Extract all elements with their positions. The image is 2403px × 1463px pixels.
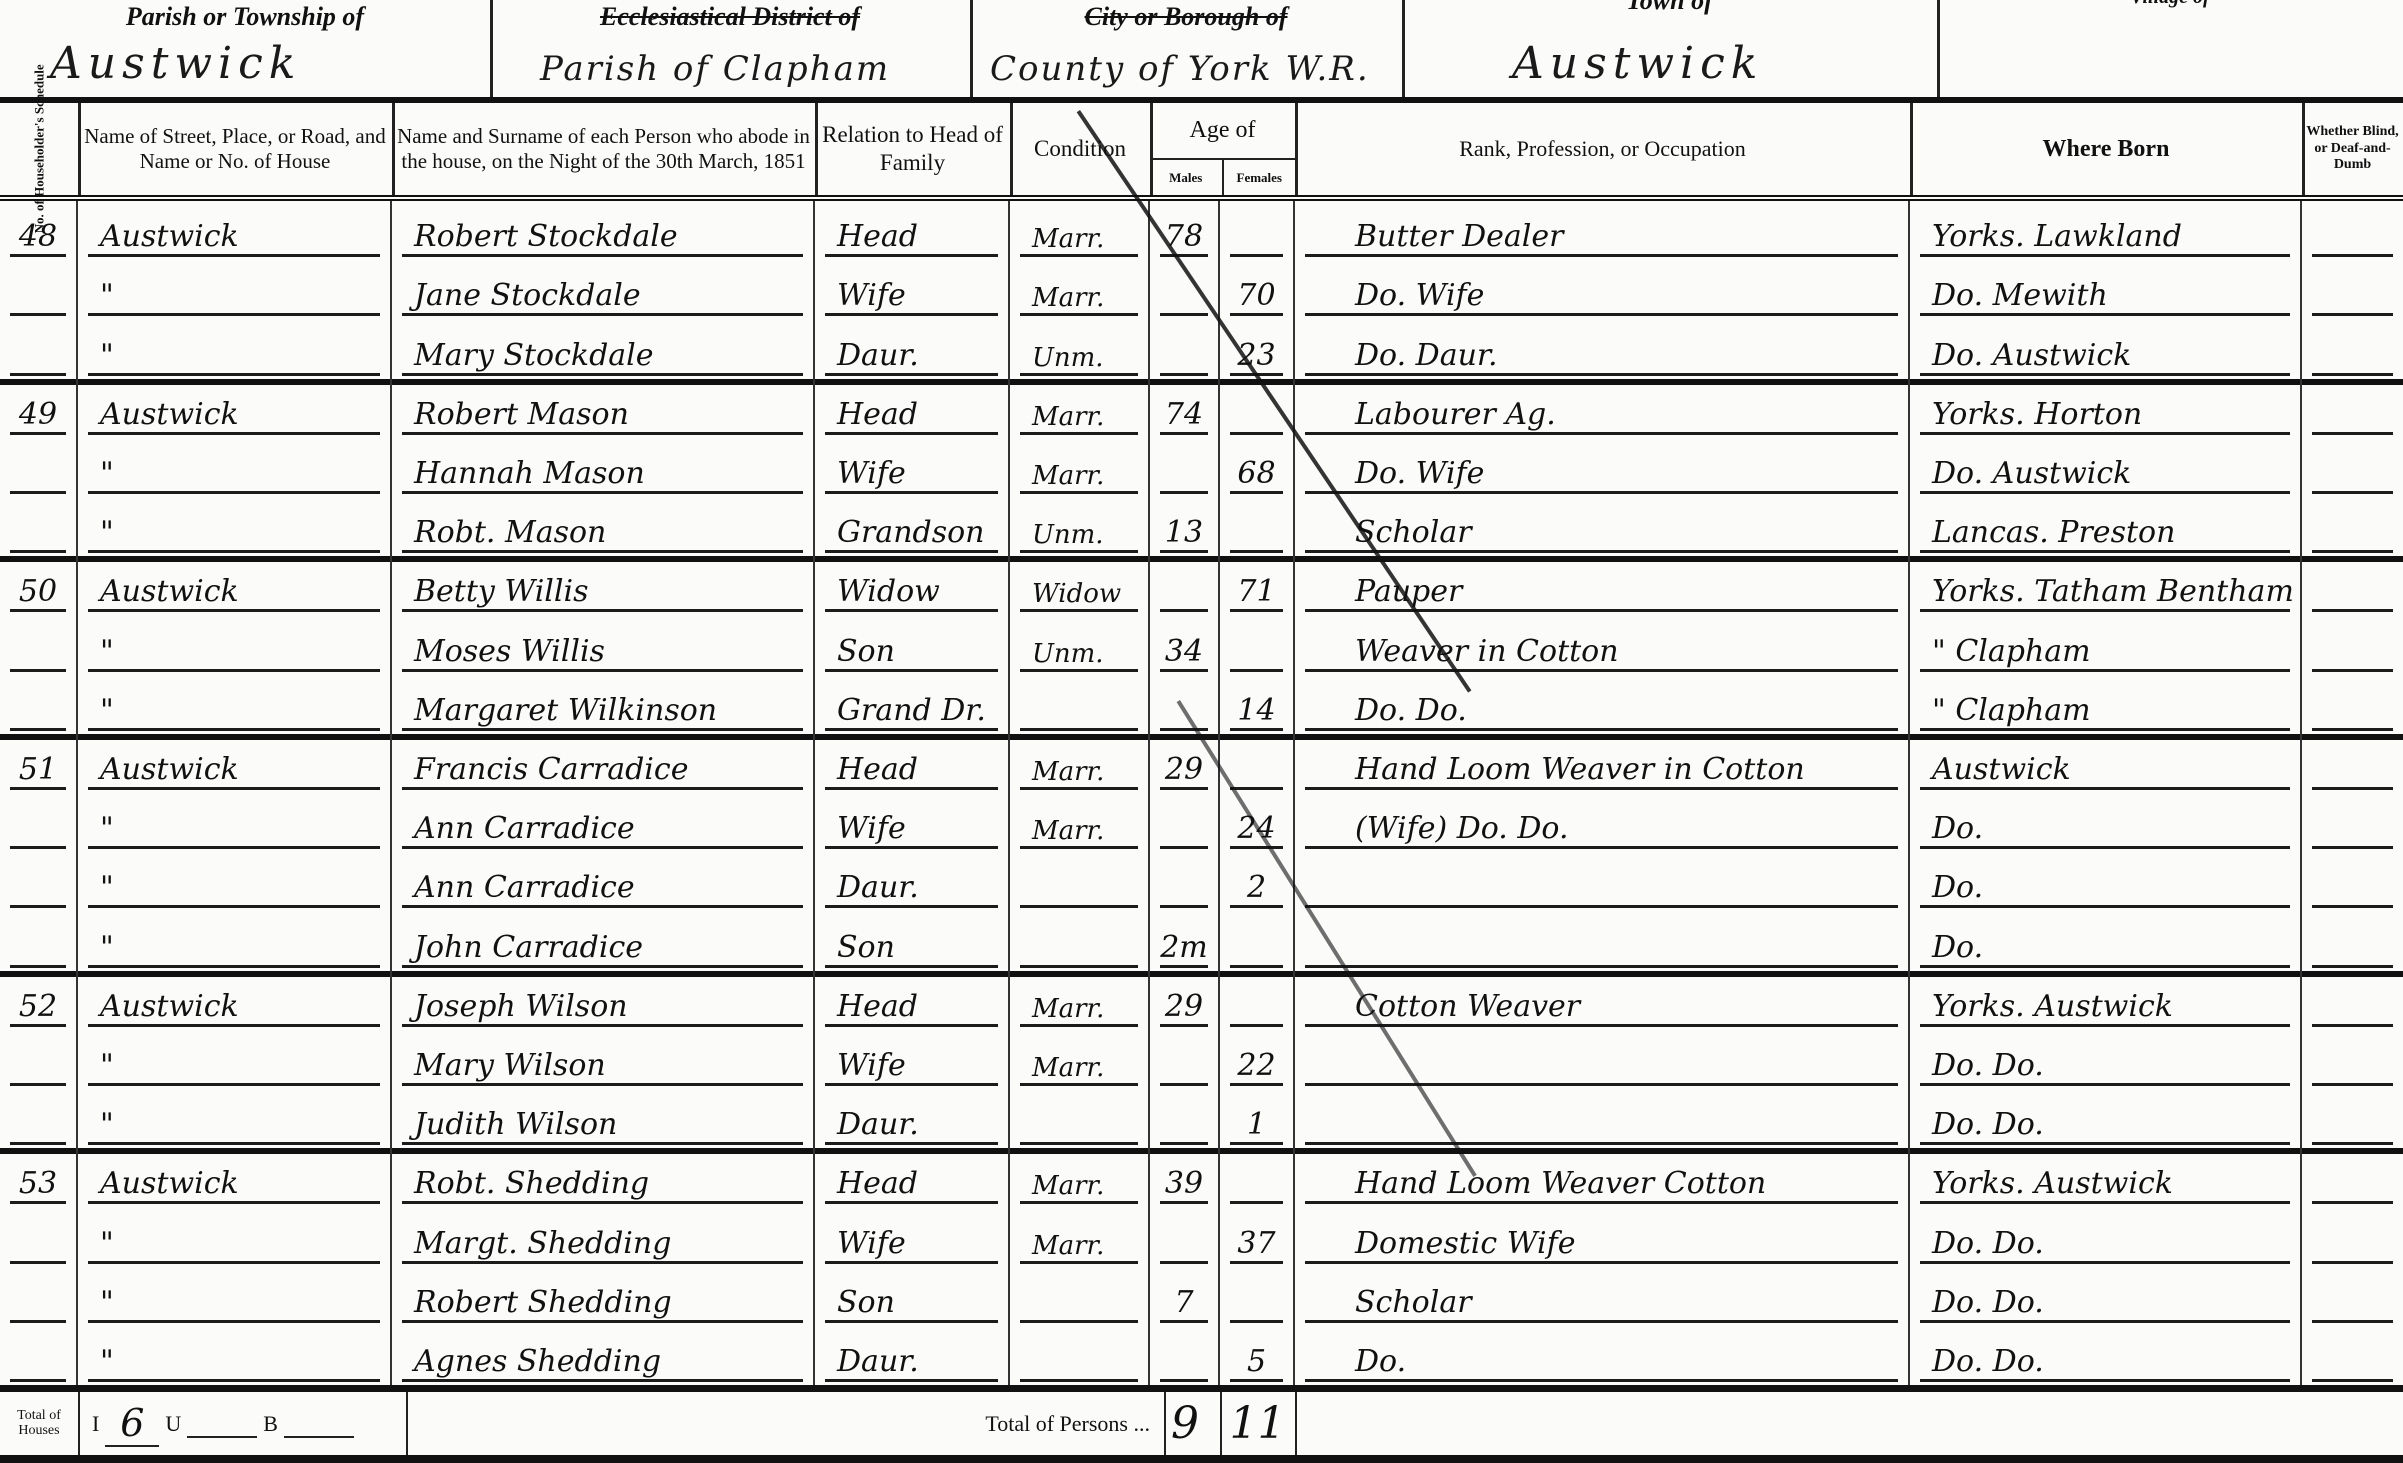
schedule-cell	[0, 1089, 78, 1148]
table-row: " Judith Wilson Daur. 1 Do. Do.	[0, 1089, 2403, 1154]
blind-cell	[2302, 1267, 2403, 1326]
total-females: 11	[1220, 1392, 1297, 1455]
blind-cell	[2302, 1148, 2403, 1207]
total-houses-label: Total of Houses	[0, 1392, 80, 1455]
parish-field: Parish or Township of Austwick	[0, 0, 493, 97]
male-age-cell	[1150, 319, 1220, 378]
where-born-cell: Yorks. Austwick	[1910, 1148, 2302, 1207]
female-age-cell: 68	[1220, 438, 1295, 497]
condition-cell: Marr.	[1010, 438, 1150, 497]
occupation-cell: Scholar	[1295, 497, 1910, 556]
occupation-cell: Butter Dealer	[1295, 201, 1910, 260]
relation-cell: Son	[815, 911, 1010, 970]
blind-cell	[2302, 379, 2403, 438]
person-name-cell: Robert Stockdale	[392, 201, 815, 260]
person-name-cell: Agnes Shedding	[392, 1326, 815, 1385]
female-age-cell	[1220, 201, 1295, 260]
blind-cell	[2302, 319, 2403, 378]
street-cell: Austwick	[78, 379, 392, 438]
table-row: " Agnes Shedding Daur. 5 Do. Do. Do.	[0, 1326, 2403, 1391]
male-age-cell	[1150, 1326, 1220, 1385]
male-age-cell	[1150, 852, 1220, 911]
street-cell: Austwick	[78, 1148, 392, 1207]
occupation-cell: Do. Do.	[1295, 675, 1910, 734]
female-age-cell: 22	[1220, 1030, 1295, 1089]
table-row: " Margt. Shedding Wife Marr. 37 Domestic…	[0, 1207, 2403, 1266]
relation-cell: Grandson	[815, 497, 1010, 556]
schedule-cell: 49	[0, 379, 78, 438]
col-where-born: Where Born	[1910, 103, 2305, 195]
street-cell: "	[78, 438, 392, 497]
col-relation: Relation to Head of Family	[815, 103, 1013, 195]
parish-label: Parish or Township of	[0, 2, 490, 32]
where-born-cell: Do.	[1910, 793, 2302, 852]
blind-cell	[2302, 497, 2403, 556]
blind-cell	[2302, 971, 2403, 1030]
occupation-cell: Domestic Wife	[1295, 1207, 1910, 1266]
male-age-cell	[1150, 1089, 1220, 1148]
inhabited-prefix: I	[92, 1411, 99, 1437]
relation-cell: Daur.	[815, 1089, 1010, 1148]
condition-cell: Marr.	[1010, 1148, 1150, 1207]
enumeration-header: Parish or Township of Austwick Ecclesias…	[0, 0, 2403, 103]
col-blind: Whether Blind, or Deaf-and-Dumb	[2302, 103, 2403, 195]
ecclesiastical-label: Ecclesiastical District of	[490, 2, 970, 32]
where-born-cell: Do. Austwick	[1910, 438, 2302, 497]
schedule-cell	[0, 1207, 78, 1266]
person-name-cell: John Carradice	[392, 911, 815, 970]
person-name-cell: Ann Carradice	[392, 793, 815, 852]
inhabited-value: 6	[105, 1401, 159, 1447]
city-value: County of York W.R.	[990, 49, 1370, 89]
village-field: Village of	[1937, 0, 2403, 97]
female-age-cell: 2	[1220, 852, 1295, 911]
condition-cell: Marr.	[1010, 201, 1150, 260]
condition-cell	[1010, 1267, 1150, 1326]
blind-cell	[2302, 615, 2403, 674]
relation-cell: Daur.	[815, 852, 1010, 911]
schedule-cell	[0, 1326, 78, 1385]
person-name-cell: Betty Willis	[392, 556, 815, 615]
female-age-cell: 24	[1220, 793, 1295, 852]
where-born-cell: " Clapham	[1910, 675, 2302, 734]
male-age-cell	[1150, 1207, 1220, 1266]
condition-cell: Marr.	[1010, 971, 1150, 1030]
condition-cell: Unm.	[1010, 319, 1150, 378]
street-cell: Austwick	[78, 201, 392, 260]
blind-cell	[2302, 793, 2403, 852]
street-cell: "	[78, 1326, 392, 1385]
female-age-cell: 71	[1220, 556, 1295, 615]
occupation-cell: Do. Wife	[1295, 260, 1910, 319]
census-sheet: Parish or Township of Austwick Ecclesias…	[0, 0, 2403, 1463]
table-row: 50 Austwick Betty Willis Widow Widow 71 …	[0, 556, 2403, 615]
street-cell: Austwick	[78, 971, 392, 1030]
blind-cell	[2302, 1207, 2403, 1266]
relation-cell: Head	[815, 734, 1010, 793]
condition-cell: Marr.	[1010, 1207, 1150, 1266]
person-name-cell: Mary Stockdale	[392, 319, 815, 378]
male-age-cell: 34	[1150, 615, 1220, 674]
schedule-cell	[0, 793, 78, 852]
relation-cell: Daur.	[815, 319, 1010, 378]
where-born-cell: Austwick	[1910, 734, 2302, 793]
uninhabited-prefix: U	[165, 1411, 181, 1437]
person-name-cell: Robt. Shedding	[392, 1148, 815, 1207]
person-name-cell: Robt. Mason	[392, 497, 815, 556]
male-age-cell: 39	[1150, 1148, 1220, 1207]
town-field: Town of Austwick	[1402, 0, 1940, 97]
where-born-cell: Do. Mewith	[1910, 260, 2302, 319]
blind-cell	[2302, 556, 2403, 615]
condition-cell	[1010, 675, 1150, 734]
relation-cell: Wife	[815, 260, 1010, 319]
female-age-cell: 70	[1220, 260, 1295, 319]
uninhabited-blank	[187, 1410, 257, 1438]
blind-cell	[2302, 201, 2403, 260]
occupation-cell: Cotton Weaver	[1295, 971, 1910, 1030]
street-cell: Austwick	[78, 556, 392, 615]
where-born-cell: Do. Do.	[1910, 1089, 2302, 1148]
relation-cell: Head	[815, 971, 1010, 1030]
occupation-cell: Weaver in Cotton	[1295, 615, 1910, 674]
person-name-cell: Hannah Mason	[392, 438, 815, 497]
blind-cell	[2302, 1030, 2403, 1089]
col-schedule: No. of Householder's Schedule	[0, 103, 81, 195]
relation-cell: Grand Dr.	[815, 675, 1010, 734]
blind-cell	[2302, 734, 2403, 793]
schedule-cell	[0, 675, 78, 734]
where-born-cell: Yorks. Lawkland	[1910, 201, 2302, 260]
male-age-cell: 29	[1150, 734, 1220, 793]
street-cell: "	[78, 675, 392, 734]
person-name-cell: Joseph Wilson	[392, 971, 815, 1030]
condition-cell	[1010, 1326, 1150, 1385]
where-born-cell: Do. Do.	[1910, 1030, 2302, 1089]
street-cell: "	[78, 615, 392, 674]
condition-cell: Marr.	[1010, 1030, 1150, 1089]
condition-cell: Widow	[1010, 556, 1150, 615]
person-name-cell: Judith Wilson	[392, 1089, 815, 1148]
street-cell: "	[78, 1267, 392, 1326]
male-age-cell	[1150, 793, 1220, 852]
relation-cell: Head	[815, 201, 1010, 260]
age-label: Age of	[1150, 103, 1295, 160]
table-row: " Margaret Wilkinson Grand Dr. 14 Do. Do…	[0, 675, 2403, 740]
table-row: " Mary Stockdale Daur. Unm. 23 Do. Daur.…	[0, 319, 2403, 384]
street-cell: "	[78, 1089, 392, 1148]
building-prefix: B	[263, 1411, 278, 1437]
person-name-cell: Robert Mason	[392, 379, 815, 438]
where-born-cell: Do.	[1910, 852, 2302, 911]
male-age-cell: 2m	[1150, 911, 1220, 970]
occupation-cell: Do.	[1295, 1326, 1910, 1385]
total-persons-label: Total of Persons ...	[392, 1392, 1166, 1455]
col-occupation: Rank, Profession, or Occupation	[1295, 103, 1913, 195]
person-name-cell: Ann Carradice	[392, 852, 815, 911]
street-cell: "	[78, 1030, 392, 1089]
street-cell: "	[78, 911, 392, 970]
where-born-cell: Do. Do.	[1910, 1207, 2302, 1266]
col-males: Males	[1150, 160, 1224, 195]
where-born-cell: Yorks. Austwick	[1910, 971, 2302, 1030]
female-age-cell	[1220, 911, 1295, 970]
street-cell: "	[78, 319, 392, 378]
parish-value: Austwick	[50, 38, 301, 89]
occupation-cell: Scholar	[1295, 1267, 1910, 1326]
person-name-cell: Margt. Shedding	[392, 1207, 815, 1266]
col-name: Name and Surname of each Person who abod…	[392, 103, 818, 195]
table-row: " Ann Carradice Wife Marr. 24 (Wife) Do.…	[0, 793, 2403, 852]
condition-cell	[1010, 1089, 1150, 1148]
female-age-cell	[1220, 1148, 1295, 1207]
street-cell: Austwick	[78, 734, 392, 793]
female-age-cell: 5	[1220, 1326, 1295, 1385]
schedule-cell	[0, 1030, 78, 1089]
schedule-cell: 48	[0, 201, 78, 260]
where-born-cell: Yorks. Tatham Bentham	[1910, 556, 2302, 615]
blind-cell	[2302, 260, 2403, 319]
col-females: Females	[1224, 160, 1296, 195]
village-label: Village of	[1937, 0, 2403, 9]
relation-cell: Head	[815, 379, 1010, 438]
occupation-cell: Do. Wife	[1295, 438, 1910, 497]
building-blank	[284, 1410, 354, 1438]
table-row: 52 Austwick Joseph Wilson Head Marr. 29 …	[0, 971, 2403, 1030]
person-name-cell: Moses Willis	[392, 615, 815, 674]
female-age-cell	[1220, 615, 1295, 674]
relation-cell: Wife	[815, 793, 1010, 852]
houses-counts: I 6 U B	[78, 1392, 408, 1455]
table-row: " Robt. Mason Grandson Unm. 13 Scholar L…	[0, 497, 2403, 562]
male-age-cell	[1150, 438, 1220, 497]
relation-cell: Wife	[815, 438, 1010, 497]
where-born-cell: Do. Austwick	[1910, 319, 2302, 378]
occupation-cell: (Wife) Do. Do.	[1295, 793, 1910, 852]
occupation-cell	[1295, 911, 1910, 970]
city-field: City or Borough of County of York W.R.	[970, 0, 1405, 97]
condition-cell: Unm.	[1010, 615, 1150, 674]
town-value: Austwick	[1512, 38, 1763, 89]
relation-cell: Daur.	[815, 1326, 1010, 1385]
schedule-cell	[0, 852, 78, 911]
relation-cell: Wife	[815, 1030, 1010, 1089]
occupation-cell	[1295, 852, 1910, 911]
table-row: " John Carradice Son 2m Do.	[0, 911, 2403, 976]
table-row: " Robert Shedding Son 7 Scholar Do. Do.	[0, 1267, 2403, 1326]
male-age-cell: 74	[1150, 379, 1220, 438]
col-street: Name of Street, Place, or Road, and Name…	[78, 103, 395, 195]
total-males: 9	[1150, 1392, 1222, 1455]
relation-cell: Widow	[815, 556, 1010, 615]
person-name-cell: Mary Wilson	[392, 1030, 815, 1089]
where-born-cell: " Clapham	[1910, 615, 2302, 674]
town-label: Town of	[1402, 0, 1937, 16]
occupation-cell: Do. Daur.	[1295, 319, 1910, 378]
female-age-cell	[1220, 1267, 1295, 1326]
table-row: " Ann Carradice Daur. 2 Do.	[0, 852, 2403, 911]
male-age-cell: 29	[1150, 971, 1220, 1030]
blind-cell	[2302, 911, 2403, 970]
person-name-cell: Jane Stockdale	[392, 260, 815, 319]
schedule-cell: 50	[0, 556, 78, 615]
table-row: " Moses Willis Son Unm. 34 Weaver in Cot…	[0, 615, 2403, 674]
col-age: Age of Males Females	[1150, 103, 1298, 195]
schedule-cell: 51	[0, 734, 78, 793]
relation-cell: Head	[815, 1148, 1010, 1207]
occupation-cell: Labourer Ag.	[1295, 379, 1910, 438]
schedule-cell	[0, 911, 78, 970]
blind-cell	[2302, 675, 2403, 734]
female-age-cell	[1220, 379, 1295, 438]
condition-cell	[1010, 911, 1150, 970]
household-rows: 48 Austwick Robert Stockdale Head Marr. …	[0, 201, 2403, 1385]
street-cell: "	[78, 497, 392, 556]
condition-cell: Unm.	[1010, 497, 1150, 556]
schedule-cell	[0, 260, 78, 319]
where-born-cell: Do.	[1910, 911, 2302, 970]
schedule-cell: 52	[0, 971, 78, 1030]
blind-cell	[2302, 438, 2403, 497]
schedule-cell	[0, 438, 78, 497]
male-age-cell: 13	[1150, 497, 1220, 556]
male-age-cell	[1150, 675, 1220, 734]
ecclesiastical-value: Parish of Clapham	[540, 49, 890, 89]
where-born-cell: Do. Do.	[1910, 1326, 2302, 1385]
condition-cell: Marr.	[1010, 793, 1150, 852]
ecclesiastical-field: Ecclesiastical District of Parish of Cla…	[490, 0, 973, 97]
relation-cell: Wife	[815, 1207, 1010, 1266]
schedule-cell	[0, 319, 78, 378]
person-name-cell: Robert Shedding	[392, 1267, 815, 1326]
person-name-cell: Margaret Wilkinson	[392, 675, 815, 734]
street-cell: "	[78, 1207, 392, 1266]
condition-cell: Marr.	[1010, 379, 1150, 438]
condition-cell: Marr.	[1010, 734, 1150, 793]
female-age-cell	[1220, 497, 1295, 556]
where-born-cell: Yorks. Horton	[1910, 379, 2302, 438]
occupation-cell	[1295, 1089, 1910, 1148]
occupation-cell: Hand Loom Weaver in Cotton	[1295, 734, 1910, 793]
male-age-cell	[1150, 1030, 1220, 1089]
table-row: 48 Austwick Robert Stockdale Head Marr. …	[0, 201, 2403, 260]
female-age-cell: 14	[1220, 675, 1295, 734]
street-cell: "	[78, 260, 392, 319]
blind-cell	[2302, 852, 2403, 911]
female-age-cell: 37	[1220, 1207, 1295, 1266]
totals-row: Total of Houses I 6 U B Total of Persons…	[0, 1386, 2403, 1463]
schedule-cell: 53	[0, 1148, 78, 1207]
table-row: 49 Austwick Robert Mason Head Marr. 74 L…	[0, 379, 2403, 438]
occupation-cell: Hand Loom Weaver Cotton	[1295, 1148, 1910, 1207]
female-age-cell	[1220, 971, 1295, 1030]
relation-cell: Son	[815, 615, 1010, 674]
female-age-cell: 1	[1220, 1089, 1295, 1148]
blind-cell	[2302, 1326, 2403, 1385]
schedule-cell	[0, 615, 78, 674]
street-cell: "	[78, 852, 392, 911]
male-age-cell	[1150, 556, 1220, 615]
city-label: City or Borough of	[970, 2, 1402, 32]
table-row: " Hannah Mason Wife Marr. 68 Do. Wife Do…	[0, 438, 2403, 497]
blind-cell	[2302, 1089, 2403, 1148]
table-row: " Mary Wilson Wife Marr. 22 Do. Do.	[0, 1030, 2403, 1089]
street-cell: "	[78, 793, 392, 852]
where-born-cell: Do. Do.	[1910, 1267, 2302, 1326]
person-name-cell: Francis Carradice	[392, 734, 815, 793]
column-headers: No. of Householder's Schedule Name of St…	[0, 103, 2403, 201]
schedule-cell	[0, 1267, 78, 1326]
schedule-cell	[0, 497, 78, 556]
condition-cell: Marr.	[1010, 260, 1150, 319]
where-born-cell: Lancas. Preston	[1910, 497, 2302, 556]
relation-cell: Son	[815, 1267, 1010, 1326]
female-age-cell: 23	[1220, 319, 1295, 378]
male-age-cell: 7	[1150, 1267, 1220, 1326]
condition-cell	[1010, 852, 1150, 911]
table-row: 53 Austwick Robt. Shedding Head Marr. 39…	[0, 1148, 2403, 1207]
